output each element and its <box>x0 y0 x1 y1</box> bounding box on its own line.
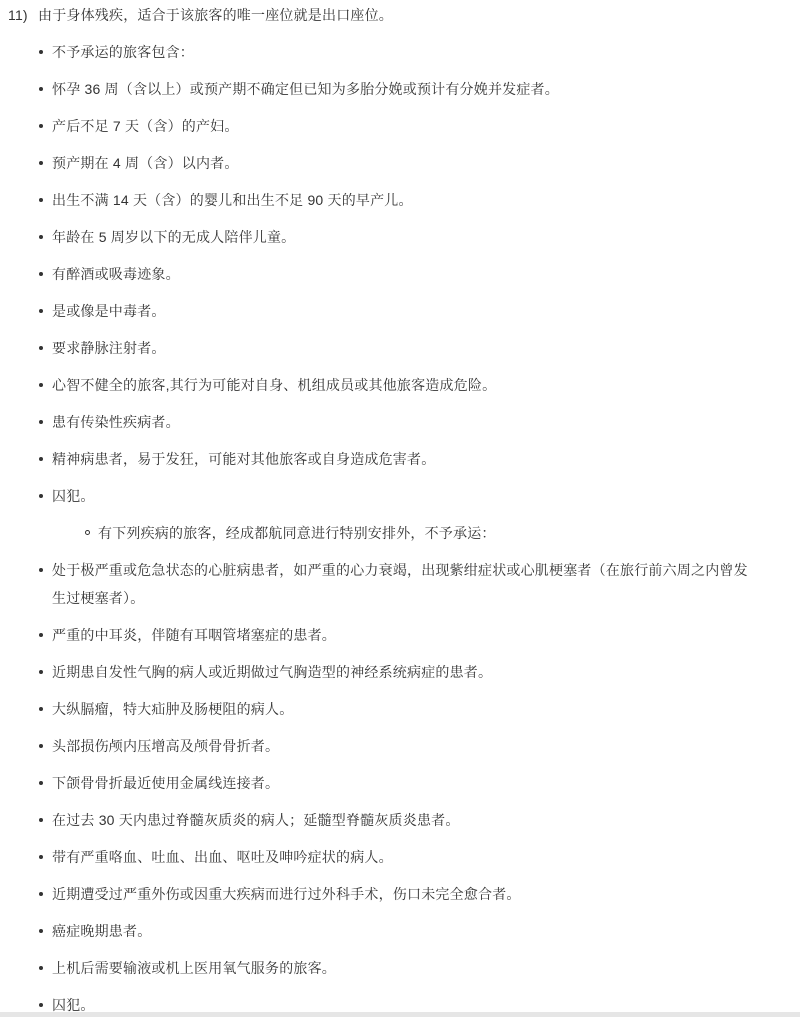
list-item: 近期患自发性气胸的病人或近期做过气胸造型的神经系统病症的患者。 <box>39 658 758 686</box>
bullet-icon <box>39 806 52 834</box>
bullet-icon <box>39 954 52 982</box>
bullet-icon <box>39 482 52 510</box>
list-item-number: 11) <box>8 1 38 29</box>
list-item: 有醉酒或吸毒迹象。 <box>39 260 758 288</box>
list-item: 心智不健全的旅客,其行为可能对自身、机组成员或其他旅客造成危险。 <box>39 371 758 399</box>
bullet-icon <box>39 260 52 288</box>
list-item-text: 患有传染性疾病者。 <box>52 408 758 436</box>
list-item: 患有传染性疾病者。 <box>39 408 758 436</box>
list-item: 严重的中耳炎，伴随有耳咽管堵塞症的患者。 <box>39 621 758 649</box>
bullet-icon <box>39 38 52 66</box>
list-item-text: 带有严重咯血、吐血、出血、呕吐及呻吟症状的病人。 <box>52 843 758 871</box>
bullet-icon <box>39 445 52 473</box>
list-item: 要求静脉注射者。 <box>39 334 758 362</box>
list-item-text: 头部损伤颅内压增高及颅骨骨折者。 <box>52 732 758 760</box>
list-item: 怀孕 36 周（含以上）或预产期不确定但已知为多胎分娩或预计有分娩并发症者。 <box>39 75 758 103</box>
list-item: 不予承运的旅客包含： <box>39 38 758 66</box>
bullet-icon <box>39 297 52 325</box>
list-item-text: 要求静脉注射者。 <box>52 334 758 362</box>
list-item-text: 下颌骨骨折最近使用金属线连接者。 <box>52 769 758 797</box>
list-item-text: 是或像是中毒者。 <box>52 297 758 325</box>
list-item-text: 出生不满 14 天（含）的婴儿和出生不足 90 天的早产儿。 <box>52 186 758 214</box>
list-item-text: 怀孕 36 周（含以上）或预产期不确定但已知为多胎分娩或预计有分娩并发症者。 <box>52 75 758 103</box>
bullet-icon <box>39 843 52 871</box>
list-item: 下颌骨骨折最近使用金属线连接者。 <box>39 769 758 797</box>
list-item: 处于极严重或危急状态的心脏病患者，如严重的心力衰竭，出现紫绀症状或心肌梗塞者（在… <box>39 556 758 612</box>
bullet-icon <box>39 334 52 362</box>
list-item-text: 近期遭受过严重外伤或因重大疾病而进行过外科手术，伤口未完全愈合者。 <box>52 880 758 908</box>
list-item-text: 产后不足 7 天（含）的产妇。 <box>52 112 758 140</box>
list-item: 癌症晚期患者。 <box>39 917 758 945</box>
numbered-item: 11) 由于身体残疾，适合于该旅客的唯一座位就是出口座位。 <box>8 1 758 29</box>
list-item-text: 上机后需要输液或机上医用氧气服务的旅客。 <box>52 954 758 982</box>
list-item-title: 由于身体残疾，适合于该旅客的唯一座位就是出口座位。 <box>38 1 758 29</box>
bullet-icon <box>39 75 52 103</box>
list-item: 精神病患者，易于发狂，可能对其他旅客或自身造成危害者。 <box>39 445 758 473</box>
list-item: 是或像是中毒者。 <box>39 297 758 325</box>
list-item-text: 不予承运的旅客包含： <box>52 38 758 66</box>
bullet-icon <box>39 880 52 908</box>
bottom-divider <box>0 1012 800 1017</box>
document-section: 11) 由于身体残疾，适合于该旅客的唯一座位就是出口座位。 不予承运的旅客包含：… <box>0 0 800 1017</box>
circle-bullet-icon <box>85 519 98 547</box>
list-item: 囚犯。 <box>39 482 758 510</box>
list-item: 产后不足 7 天（含）的产妇。 <box>39 112 758 140</box>
list-item: 预产期在 4 周（含）以内者。 <box>39 149 758 177</box>
bullet-icon <box>39 621 52 649</box>
list-item-text: 处于极严重或危急状态的心脏病患者，如严重的心力衰竭，出现紫绀症状或心肌梗塞者（在… <box>52 556 758 612</box>
restriction-list-medical: 处于极严重或危急状态的心脏病患者，如严重的心力衰竭，出现紫绀症状或心肌梗塞者（在… <box>8 556 758 1017</box>
bullet-icon <box>39 695 52 723</box>
list-item: 在过去 30 天内患过脊髓灰质炎的病人；延髓型脊髓灰质炎患者。 <box>39 806 758 834</box>
list-item-text: 囚犯。 <box>52 482 758 510</box>
bullet-icon <box>39 658 52 686</box>
list-item: 大纵膈瘤，特大疝肿及肠梗阻的病人。 <box>39 695 758 723</box>
bullet-icon <box>39 223 52 251</box>
bullet-icon <box>39 769 52 797</box>
list-item-text: 精神病患者，易于发狂，可能对其他旅客或自身造成危害者。 <box>52 445 758 473</box>
list-item-text: 有醉酒或吸毒迹象。 <box>52 260 758 288</box>
list-item: 年龄在 5 周岁以下的无成人陪伴儿童。 <box>39 223 758 251</box>
bullet-icon <box>39 408 52 436</box>
bullet-icon <box>39 186 52 214</box>
list-item-text: 在过去 30 天内患过脊髓灰质炎的病人；延髓型脊髓灰质炎患者。 <box>52 806 758 834</box>
bullet-icon <box>39 732 52 760</box>
restriction-list-primary: 不予承运的旅客包含：怀孕 36 周（含以上）或预产期不确定但已知为多胎分娩或预计… <box>8 38 758 510</box>
bullet-icon <box>39 112 52 140</box>
bullet-icon <box>39 917 52 945</box>
bullet-icon <box>39 371 52 399</box>
list-item-text: 严重的中耳炎，伴随有耳咽管堵塞症的患者。 <box>52 621 758 649</box>
list-item: 头部损伤颅内压增高及颅骨骨折者。 <box>39 732 758 760</box>
sub-note-text: 有下列疾病的旅客，经成都航同意进行特别安排外，不予承运： <box>98 519 758 547</box>
list-item-text: 近期患自发性气胸的病人或近期做过气胸造型的神经系统病症的患者。 <box>52 658 758 686</box>
list-item-text: 预产期在 4 周（含）以内者。 <box>52 149 758 177</box>
bullet-icon <box>39 149 52 177</box>
list-item-text: 大纵膈瘤，特大疝肿及肠梗阻的病人。 <box>52 695 758 723</box>
list-item: 近期遭受过严重外伤或因重大疾病而进行过外科手术，伤口未完全愈合者。 <box>39 880 758 908</box>
list-item: 带有严重咯血、吐血、出血、呕吐及呻吟症状的病人。 <box>39 843 758 871</box>
bullet-icon <box>39 556 52 612</box>
list-item-text: 癌症晚期患者。 <box>52 917 758 945</box>
list-item: 上机后需要输液或机上医用氧气服务的旅客。 <box>39 954 758 982</box>
list-item-text: 心智不健全的旅客,其行为可能对自身、机组成员或其他旅客造成危险。 <box>52 371 758 399</box>
list-item-text: 年龄在 5 周岁以下的无成人陪伴儿童。 <box>52 223 758 251</box>
sub-bullet-item: 有下列疾病的旅客，经成都航同意进行特别安排外，不予承运： <box>85 519 758 547</box>
list-item: 出生不满 14 天（含）的婴儿和出生不足 90 天的早产儿。 <box>39 186 758 214</box>
